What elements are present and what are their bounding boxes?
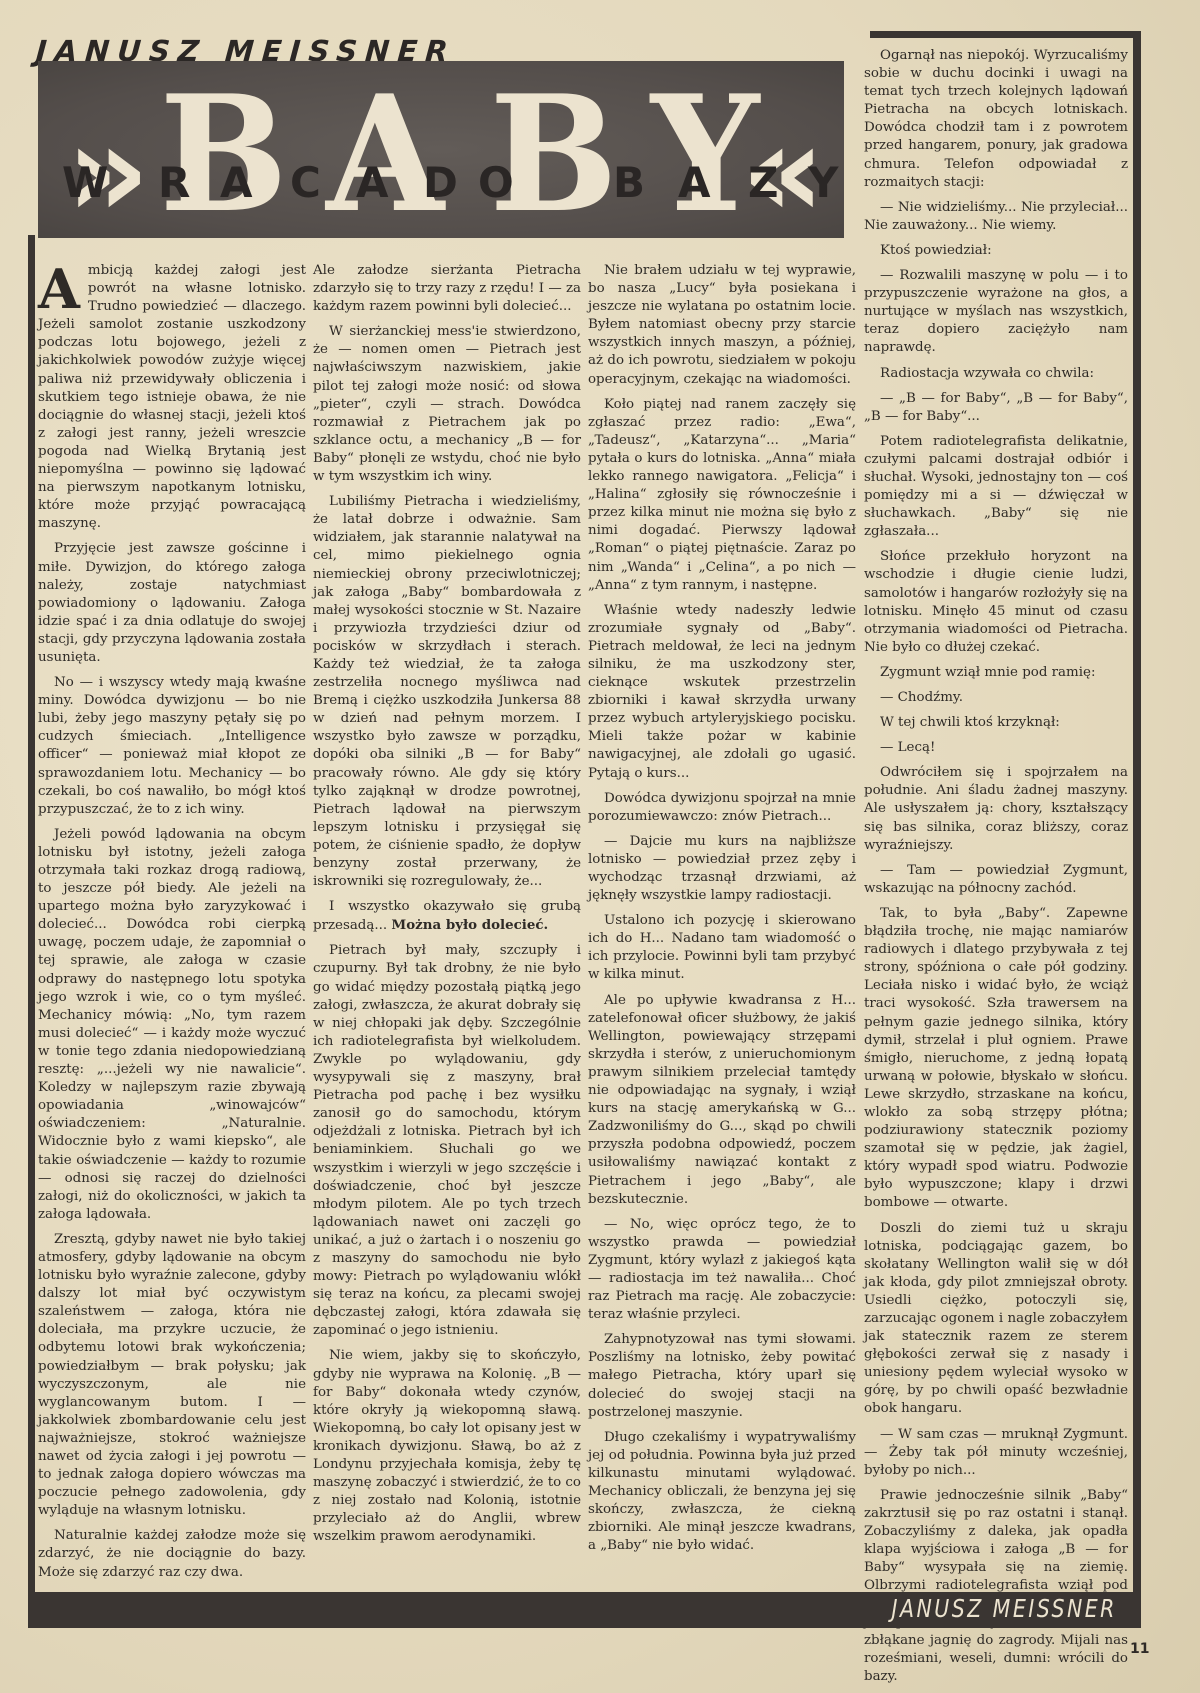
paragraph: — Nie widzieliśmy... Nie przyleciał... N… (864, 199, 1128, 235)
paragraph: — „B — for Baby“, „B — for Baby“, „B — f… (864, 390, 1128, 426)
paragraph: — Dajcie mu kurs na najbliższe lotnisko … (588, 833, 856, 905)
paragraph: — Rozwalili maszynę w polu — i to przypu… (864, 267, 1128, 357)
paragraph: Ktoś powiedział: (864, 242, 1128, 260)
paragraph: Odwróciłem się i spojrzałem na południe.… (864, 764, 1128, 854)
paragraph: — No, więc oprócz tego, że to wszystko p… (588, 1216, 856, 1325)
subtitle-letter: R (158, 161, 190, 205)
paragraph: Prawie jednocześnie silnik „Baby“ zakrzt… (864, 1487, 1128, 1686)
paragraph: Pietrach był mały, szczupły i czupurny. … (313, 942, 581, 1340)
paragraph: Zresztą, gdyby nawet nie było takiej atm… (38, 1231, 306, 1521)
paragraph: Ale załodze sierżanta Pietracha zdarzyło… (313, 262, 581, 316)
subtitle-letter: Y (808, 161, 838, 205)
paragraph: Nie brałem udziału w tej wyprawie, bo na… (588, 262, 856, 389)
paragraph: Tak, to była „Baby“. Zapewne błądziła tr… (864, 905, 1128, 1213)
title-banner: » B A B Y « W R A C A D O B A Z Y (38, 61, 844, 238)
paragraph: Ogarnął nas niepokój. Wyrzucaliśmy sobie… (864, 47, 1128, 192)
paragraph: No — i wszyscy wtedy mają kwaśne miny. D… (38, 674, 306, 819)
subtitle-letter: C (290, 161, 321, 205)
footer-author: JANUSZ MEISSNER (892, 1594, 1117, 1623)
paragraph: W sierżanckiej mess'ie stwierdzono, że —… (313, 323, 581, 486)
frame-border-right (1133, 31, 1141, 1621)
paragraph: Ale po upływie kwadransa z H... zatelefo… (588, 992, 856, 1209)
paragraph: Koło piątej nad ranem zaczęły się zgłasz… (588, 396, 856, 595)
paragraph: I wszystko okazywało się grubą przesadą.… (313, 898, 581, 935)
footer-bar: JANUSZ MEISSNER (28, 1592, 1141, 1628)
subtitle-letter: B (613, 161, 645, 205)
paragraph: Zygmunt wziął mnie pod ramię: (864, 664, 1128, 682)
paragraph: W tej chwili ktoś krzyknął: (864, 714, 1128, 732)
paragraph: Ambicją każdej załogi jest powrót na wła… (38, 262, 306, 533)
paragraph: Dowódca dywizjonu spojrzał na mnie poroz… (588, 790, 856, 826)
paragraph: Naturalnie każdej załodze może się zdarz… (38, 1527, 306, 1581)
article-column-3: Nie brałem udziału w tej wyprawie, bo na… (588, 262, 856, 1562)
paragraph: Właśnie wtedy nadeszły ledwie zrozumiałe… (588, 602, 856, 783)
paragraph: Radiostacja wzywała co chwila: (864, 365, 1128, 383)
paragraph: Potem radiotelegrafista delikatnie, czuł… (864, 433, 1128, 542)
paragraph: — Chodźmy. (864, 689, 1128, 707)
paragraph: Słońce przekłuło horyzont na wschodzie i… (864, 548, 1128, 657)
subtitle-letter: O (478, 161, 514, 205)
bold-phrase: Można było dolecieć. (391, 917, 548, 933)
paragraph: — W sam czas — mruknął Zygmunt. — Żeby t… (864, 1426, 1128, 1480)
paragraph: Jeżeli powód lądowania na obcym lotnisku… (38, 826, 306, 1224)
article-column-1: Ambicją każdej załogi jest powrót na wła… (38, 262, 306, 1589)
paragraph: — Lecą! (864, 739, 1128, 757)
page-number: 11 (1130, 1641, 1149, 1657)
paragraph: Długo czekaliśmy i wypatrywaliśmy jej od… (588, 1429, 856, 1556)
paragraph: Doszli do ziemi tuż u skraju lotniska, p… (864, 1220, 1128, 1419)
paragraph: Zahypnotyzował nas tymi słowami. Poszliś… (588, 1331, 856, 1421)
article-column-4: Ogarnął nas niepokój. Wyrzucaliśmy sobie… (864, 47, 1128, 1693)
frame-border-top (870, 31, 1140, 38)
article-column-2: Ale załodze sierżanta Pietracha zdarzyło… (313, 262, 581, 1553)
drop-cap: A (38, 266, 80, 312)
paragraph: Ustalono ich pozycję i skierowano ich do… (588, 912, 856, 984)
paragraph: Nie wiem, jakby się to skończyło, gdyby … (313, 1347, 581, 1546)
subtitle-letter: A (220, 161, 253, 205)
subtitle-letter: W (62, 161, 108, 205)
subtitle-letter: A (356, 161, 389, 205)
subtitle-letter: D (423, 161, 458, 205)
paragraph: — Tam — powiedział Zygmunt, wskazując na… (864, 862, 1128, 898)
frame-border-left (28, 235, 35, 1615)
subtitle-letter: A (678, 161, 711, 205)
paragraph: Lubiliśmy Pietracha i wiedzieliśmy, że l… (313, 493, 581, 891)
subtitle-letter: Z (748, 161, 778, 205)
paragraph: Przyjęcie jest zawsze gościnne i miłe. D… (38, 540, 306, 667)
